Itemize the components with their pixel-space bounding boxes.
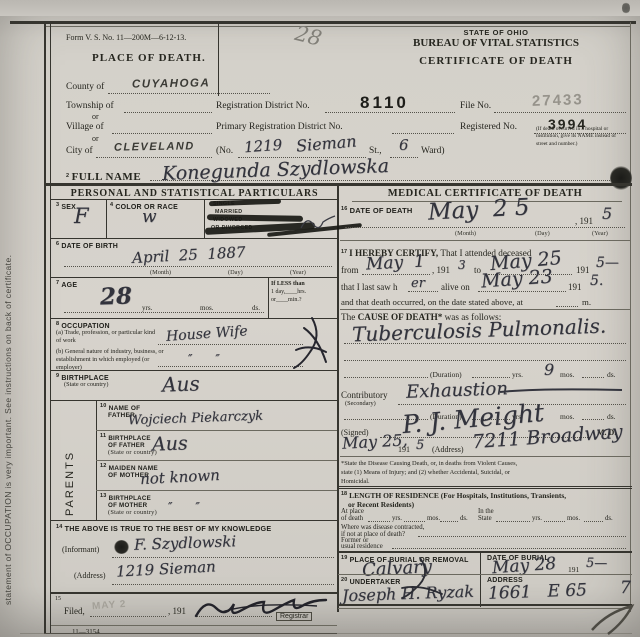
father-label-line1: NAME OF <box>109 405 141 412</box>
torn-bottom-line <box>20 633 632 634</box>
contributory-label: Contributory <box>341 390 388 400</box>
certify-number: 17 <box>341 249 347 255</box>
certificate-heading: CERTIFICATE OF DEATH <box>380 55 612 67</box>
mother-bp-number: 13 <box>100 493 107 499</box>
street-no-value: 1219 <box>243 136 282 157</box>
row-line <box>51 400 337 401</box>
occupation-number: 8 <box>56 321 59 327</box>
dotted-line <box>344 377 428 378</box>
residence-label: 18LENGTH OF RESIDENCE (For Hospitals, In… <box>341 491 566 500</box>
ward-value: 6 <box>399 136 409 154</box>
death-occurred-label: and that death occurred, on the date sta… <box>341 297 523 307</box>
torn-top-edge <box>0 0 640 16</box>
saw-year-printed: 191 <box>568 282 582 292</box>
in-state-ds: ds. <box>605 515 613 524</box>
father-name-value: Wojciech Piekarczyk <box>128 409 263 429</box>
column-divider <box>337 183 339 612</box>
form-top-inner-border <box>44 26 630 27</box>
full-name-label: 2FULL NAME <box>66 171 141 183</box>
age-label-text: AGE <box>61 282 77 289</box>
age-value: 28 <box>100 282 133 310</box>
father-number: 10 <box>100 403 107 409</box>
dotted-line <box>64 312 264 313</box>
dotted-line <box>418 536 626 537</box>
form-number: Form V. S. No. 11—200M—6-12-13. <box>66 33 186 42</box>
duration-mos-value: 9 <box>544 360 554 379</box>
from-year-handwritten: 3 <box>458 258 466 272</box>
handwritten-flourish <box>282 316 334 372</box>
row-line <box>340 456 630 457</box>
city-value-stamp: CLEVELAND <box>114 140 195 153</box>
row-line <box>338 574 632 575</box>
parents-label: PARENTS <box>64 408 76 516</box>
affirmation-text: THE ABOVE IS TRUE TO THE BEST OF MY KNOW… <box>65 524 272 533</box>
row-line <box>340 309 630 310</box>
mother-birthplace-value: ″ ″ <box>168 500 200 514</box>
signed-address-label: (Address) <box>432 445 464 454</box>
affirmation-number: 14 <box>56 524 63 530</box>
dotted-line <box>392 133 454 134</box>
marital-status-box: SINGLE MARRIED WIDOWED OR DIVORCED <box>207 200 313 236</box>
age-less-than-note: If LESS than 1 day,____hrs. or____min.? <box>271 281 335 304</box>
dotted-line <box>344 360 626 361</box>
registrar-label: Registrar <box>276 612 312 621</box>
sex-value: F <box>74 204 89 228</box>
dotted-line <box>544 521 565 522</box>
full-name-number: 2 <box>66 173 70 179</box>
file-no-value-stamp: 27433 <box>532 91 584 110</box>
in-state-line2: State <box>478 515 492 524</box>
duration2-ds: ds. <box>607 412 616 421</box>
to-year-handwritten: 5— <box>596 255 619 271</box>
dod-month-caption: (Month) <box>455 230 476 237</box>
mother-bp-label-line2: OF MOTHER <box>108 502 147 509</box>
informant-address-label: (Address) <box>74 571 106 580</box>
double-rule <box>338 488 632 489</box>
attended-from-label: from <box>341 265 359 275</box>
dotted-line <box>392 548 626 549</box>
mother-number: 12 <box>100 463 107 469</box>
at-place-yrs: yrs. <box>392 515 402 524</box>
to-year-printed: 191 <box>576 265 590 275</box>
at-place-line2: of death <box>341 515 363 524</box>
age-ds-label: ds. <box>252 304 260 312</box>
dotted-line <box>362 274 430 275</box>
from-year-printed: , 191 <box>432 265 450 275</box>
date-of-death-value: May 2 5 <box>427 194 530 225</box>
duration-ds: ds. <box>607 370 616 379</box>
row-line <box>96 430 337 431</box>
cause-the: The <box>341 312 355 322</box>
alive-on-label: alive on <box>441 282 470 292</box>
last-saw-label: that I last saw h <box>341 282 398 292</box>
saw-year-handwritten: 5. <box>590 273 603 289</box>
or-word: or <box>92 134 99 143</box>
age-label: 7AGE <box>56 280 77 289</box>
birthplace-value: Aus <box>162 371 200 396</box>
father-bp-number: 11 <box>100 433 106 439</box>
occupation-b-label: (b) General nature of industry, business… <box>56 348 168 373</box>
row-line <box>51 238 337 239</box>
death-certificate-scan: statement of OCCUPATION is very importan… <box>0 0 640 637</box>
filed-label: Filed, <box>64 606 85 616</box>
left-border-outer <box>44 22 46 634</box>
dotted-line <box>440 521 458 522</box>
affirmation-label: 14THE ABOVE IS TRUE TO THE BEST OF MY KN… <box>56 524 271 533</box>
father-bp-label-line2: OF FATHER <box>108 442 145 449</box>
burial-number: 19 <box>341 555 348 561</box>
dotted-line <box>478 291 566 292</box>
undertaker-address-overflow: 7 <box>620 578 631 598</box>
duration-yrs: yrs. <box>512 370 523 379</box>
scribble-mark <box>209 199 281 207</box>
page-curl-mark <box>588 600 638 637</box>
footnote-line2: state (1) Means of Injury; and (2) wheth… <box>341 469 510 477</box>
day-caption: (Day) <box>228 269 243 276</box>
dotted-line <box>368 521 390 522</box>
dotted-line <box>344 343 626 344</box>
in-state-mos: mos. <box>567 515 580 524</box>
registration-district-value-stamp: 8110 <box>360 93 409 113</box>
handwritten-dash <box>498 388 624 396</box>
dotted-line <box>494 112 626 113</box>
row-line <box>96 460 337 461</box>
age-mos-label: mos. <box>200 304 213 312</box>
footnote-line1: *State the Disease Causing Death, or, in… <box>341 460 517 468</box>
form-footer-number: 11—3154 <box>72 628 100 636</box>
race-number: 4 <box>110 202 113 208</box>
dod-label-text: DATE OF DEATH <box>350 206 413 215</box>
attended-from-value: May 1 <box>366 251 426 274</box>
dotted-line <box>404 521 425 522</box>
race-value: w <box>142 207 157 227</box>
mother-birthplace-label: 13BIRTHPLACE OF MOTHER (State or country… <box>100 493 157 517</box>
or-word: or <box>92 112 99 121</box>
filed-number: 15 <box>55 596 61 604</box>
dotted-line <box>345 227 625 228</box>
age-yrs-label: yrs. <box>142 304 152 312</box>
duration2-mos: mos. <box>560 412 574 421</box>
mother-bp-label-line1: BIRTHPLACE <box>109 495 151 502</box>
father-birthplace-label: 11BIRTHPLACE OF FATHER (State or country… <box>100 433 157 457</box>
row-line <box>340 240 630 241</box>
signed-year-handwritten: 5 <box>416 438 424 453</box>
cell-divider <box>268 277 269 318</box>
registered-no-label: Registered No. <box>460 122 517 132</box>
right-border <box>630 22 631 612</box>
burial-year-printed: 191 <box>568 565 579 574</box>
occupation-a-value: House Wife <box>166 323 249 345</box>
burial-year-handwritten: 5— <box>586 556 607 571</box>
dod-year-printed: , 191 <box>575 216 593 226</box>
duration-label: (Duration) <box>430 370 462 379</box>
occupation-a-label: (a) Trade, profession, or particular kin… <box>56 329 158 345</box>
year-caption: (Year) <box>290 269 306 276</box>
dod-number: 16 <box>341 206 348 212</box>
birthplace-number: 9 <box>56 373 59 379</box>
ink-blot <box>114 540 129 554</box>
ink-blot <box>610 166 632 190</box>
dob-value: April 25 1887 <box>132 243 246 267</box>
signed-year-printed: 191 <box>398 445 410 454</box>
dob-label-text: DATE OF BIRTH <box>61 243 118 250</box>
section-divider <box>338 551 632 553</box>
marital-handwriting-squiggle <box>300 212 336 234</box>
mother-maiden-value: not known <box>140 466 221 488</box>
state-heading: STATE OF OHIO <box>380 28 612 37</box>
month-caption: (Month) <box>150 269 171 276</box>
less-line1: If LESS than <box>271 281 335 289</box>
dotted-line <box>582 419 604 420</box>
birthplace-sub-label: (State or country) <box>64 381 108 389</box>
ward-label: Ward) <box>421 146 445 156</box>
less-line2: 1 day,____hrs. <box>271 289 335 297</box>
registration-district-label: Registration District No. <box>216 101 310 111</box>
mother-bp-sub-label: (State or country) <box>108 509 157 516</box>
dotted-line <box>408 291 438 292</box>
in-state-yrs: yrs. <box>532 515 542 524</box>
dotted-line <box>112 584 334 585</box>
informant-label: (Informant) <box>62 545 99 554</box>
at-place-ds: ds. <box>460 515 468 524</box>
residence-number: 18 <box>341 491 347 497</box>
hospital-note-box: (If death occurred in a hospital or inst… <box>536 126 628 148</box>
age-number: 7 <box>56 280 59 286</box>
duration-mos: mos. <box>560 370 574 379</box>
dotted-line <box>112 133 212 134</box>
form-top-border <box>10 21 636 24</box>
county-label: County of <box>66 82 104 92</box>
dotted-line <box>390 157 418 158</box>
dotted-line <box>124 112 212 113</box>
dotted-line <box>90 616 166 617</box>
primary-registration-label: Primary Registration District No. <box>216 122 343 132</box>
full-name-label-text: FULL NAME <box>72 171 142 183</box>
personal-section-title: PERSONAL AND STATISTICAL PARTICULARS <box>52 188 337 199</box>
burial-cell-divider <box>480 551 481 607</box>
undertaker-address-value: 1661 E 65 <box>488 580 588 603</box>
street-no-label: (No. <box>216 146 233 156</box>
dotted-line <box>96 157 212 158</box>
informant-address-value: 1219 Sieman <box>116 557 217 580</box>
dob-label: 6DATE OF BIRTH <box>56 241 118 250</box>
place-of-death-heading: PLACE OF DEATH. <box>92 52 206 64</box>
dotted-line <box>584 521 603 522</box>
dob-number: 6 <box>56 241 59 247</box>
dod-year-handwritten: 5 <box>602 204 612 223</box>
contributory-secondary-label: (Secondary) <box>345 400 376 408</box>
dod-year-caption: (Year) <box>592 230 608 237</box>
row-line <box>51 277 337 278</box>
occupation-b-value: ″ ″ <box>188 352 220 366</box>
hospital-note-text: (If death occurred in a hospital or inst… <box>536 126 628 148</box>
date-of-death-label: 16DATE OF DEATH <box>341 206 413 215</box>
township-label: Township of <box>66 101 114 111</box>
margin-note: statement of OCCUPATION is very importan… <box>3 60 13 605</box>
contributory-value: Exhaustion <box>406 378 509 403</box>
left-border-inner <box>50 22 51 634</box>
dotted-line <box>112 557 334 558</box>
at-place-mos: mos. <box>427 515 440 524</box>
city-label: City of <box>66 146 93 156</box>
less-line3: or____min.? <box>271 297 335 305</box>
ink-speck <box>622 2 630 14</box>
father-bp-label-line1: BIRTHPLACE <box>108 435 150 442</box>
last-saw-date-value: May 23 <box>480 266 553 293</box>
sex-number: 3 <box>56 202 59 208</box>
dod-day-caption: (Day) <box>535 230 550 237</box>
bureau-heading: BUREAU OF VITAL STATISTICS <box>380 37 612 49</box>
double-rule <box>338 486 632 487</box>
county-value-stamp: CUYAHOGA <box>132 77 210 90</box>
dotted-line <box>496 521 530 522</box>
dotted-line <box>556 306 578 307</box>
filed-date-stamp: MAY 2 <box>92 599 127 612</box>
row-line <box>96 490 337 491</box>
informant-value: F. Szydlowski <box>134 532 237 554</box>
dotted-line <box>582 377 604 378</box>
file-no-label: File No. <box>460 101 491 111</box>
cell-divider <box>106 199 107 238</box>
row-line <box>51 625 337 626</box>
page-number-handwritten: 28 <box>292 21 324 51</box>
residence-label-line1: LENGTH OF RESIDENCE (For Hospitals, Inst… <box>349 491 566 500</box>
village-label: Village of <box>66 122 104 132</box>
row-line <box>51 520 337 521</box>
undertaker-number: 20 <box>341 577 348 583</box>
header-divider <box>218 24 219 96</box>
street-name-value: Sieman <box>295 131 357 155</box>
dotted-line <box>108 93 270 94</box>
dotted-line <box>64 266 332 267</box>
occurred-m-label: m. <box>582 297 591 307</box>
father-bp-sub-label: (State or country) <box>108 449 157 456</box>
father-birthplace-value: Aus <box>152 432 188 455</box>
last-saw-pronoun-hw: er <box>411 276 425 291</box>
filed-year-printed: , 191 <box>168 606 186 616</box>
undertaker-scrawl <box>390 556 450 600</box>
